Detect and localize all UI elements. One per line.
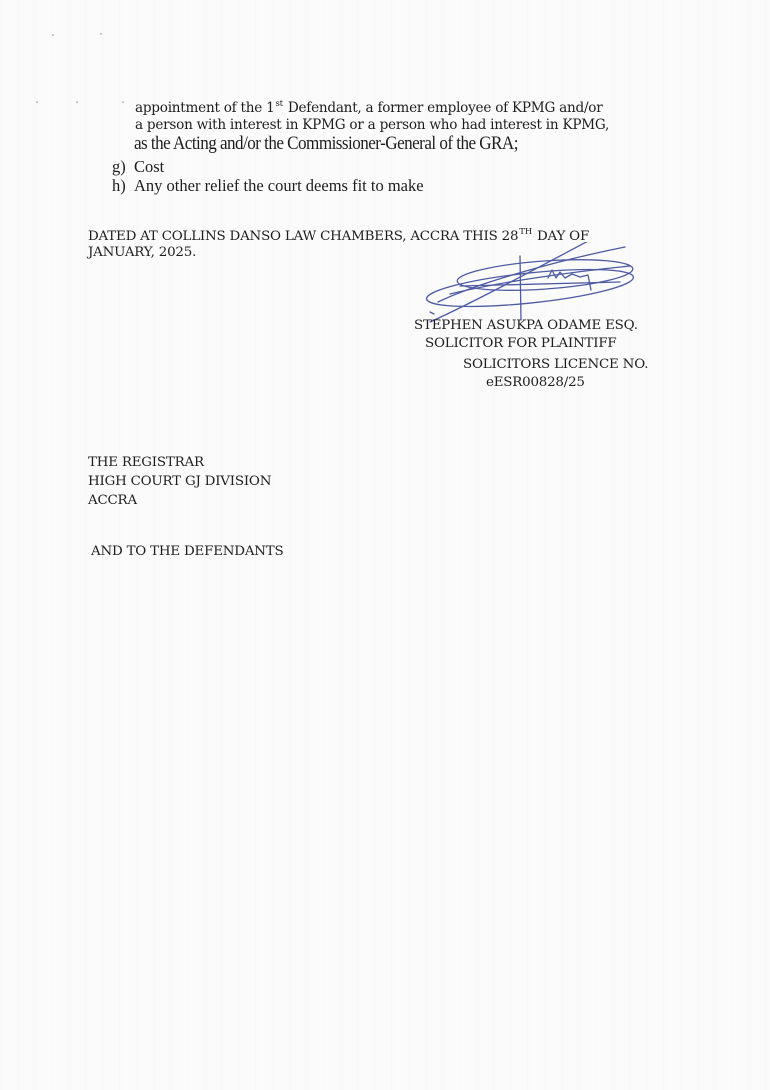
licence-number: eESR00828/25 — [486, 375, 585, 390]
addressee-line-3: ACCRA — [88, 493, 137, 508]
addressee-line-1: THE REGISTRAR — [88, 455, 204, 470]
scan-speck — [122, 101, 124, 103]
relief-text: Defendant, a former employee of KPMG and… — [284, 100, 603, 116]
solicitor-name-text: STEPHEN ASUKPA ODAME ESQ. — [414, 318, 638, 333]
relief-text: as the Acting and/or the Commissioner-Ge… — [134, 133, 518, 154]
addressee-line-2: HIGH COURT GJ DIVISION — [88, 474, 271, 489]
document-page: appointment of the 1st Defendant, a form… — [0, 0, 770, 1090]
list-marker: g) — [112, 157, 134, 177]
solicitor-role-text: SOLICITOR FOR PLAINTIFF — [425, 336, 617, 351]
relief-continuation-line-3: as the Acting and/or the Commissioner-Ge… — [134, 133, 518, 155]
relief-text: a person with interest in KPMG or a pers… — [135, 117, 609, 133]
also-to-text: AND TO THE DEFENDANTS — [91, 544, 284, 559]
licence-label: SOLICITORS LICENCE NO. — [463, 357, 648, 372]
list-item-text: Any other relief the court deems fit to … — [134, 176, 424, 195]
list-marker: h) — [112, 176, 134, 196]
ordinal-suffix: TH — [519, 227, 532, 237]
licence-label-text: SOLICITORS LICENCE NO. — [463, 357, 648, 372]
addressee-text: THE REGISTRAR — [88, 455, 204, 470]
relief-text: appointment of the 1 — [135, 100, 275, 116]
licence-number-text: eESR00828/25 — [486, 375, 585, 390]
relief-continuation-line-1: appointment of the 1st Defendant, a form… — [135, 99, 602, 116]
solicitor-name: STEPHEN ASUKPA ODAME ESQ. — [414, 318, 638, 333]
addressee-text: ACCRA — [88, 493, 137, 508]
relief-item-h: h)Any other relief the court deems fit t… — [112, 176, 424, 196]
ordinal-suffix: st — [276, 99, 283, 109]
solicitor-role: SOLICITOR FOR PLAINTIFF — [425, 336, 617, 351]
also-to-defendants: AND TO THE DEFENDANTS — [91, 544, 284, 559]
scan-speck — [100, 33, 102, 35]
addressee-text: HIGH COURT GJ DIVISION — [88, 474, 271, 489]
dated-line-2: JANUARY, 2025. — [88, 245, 196, 260]
relief-continuation-line-2: a person with interest in KPMG or a pers… — [135, 117, 609, 133]
scan-speck — [36, 101, 38, 103]
list-item-text: Cost — [134, 157, 164, 176]
relief-item-g: g)Cost — [112, 157, 164, 177]
scan-speck — [52, 34, 54, 36]
scan-speck — [76, 101, 78, 103]
dated-text: JANUARY, 2025. — [88, 245, 196, 260]
